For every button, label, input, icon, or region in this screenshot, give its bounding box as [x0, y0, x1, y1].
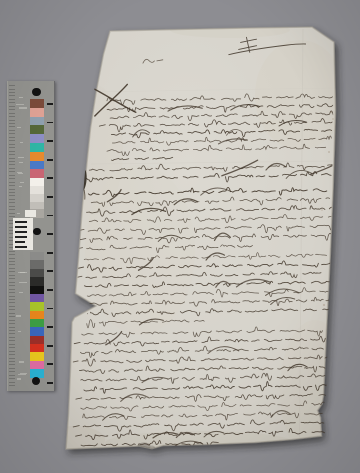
printed-label-mark [19, 292, 24, 293]
ruler-tick [9, 385, 15, 386]
printed-label-mark [19, 97, 23, 98]
archival-photograph [0, 0, 360, 473]
ruler-tick [9, 261, 15, 262]
index-dash [47, 289, 53, 291]
ruler-tick [9, 189, 15, 190]
ruler-tick [9, 282, 15, 283]
ruler-tick [9, 344, 15, 345]
ruler-tick [9, 278, 15, 279]
ruler-tick [9, 137, 15, 138]
ruler-tick [9, 320, 15, 321]
index-dash [47, 363, 53, 365]
ruler-tick [9, 133, 15, 134]
ruler-tick [9, 171, 15, 172]
registration-dot [32, 88, 41, 97]
ruler-tick [9, 178, 15, 179]
ruler-tick [9, 296, 15, 297]
ruler-tick [9, 323, 15, 324]
ruler-tick [9, 258, 15, 259]
ruler-tick [9, 361, 15, 362]
ruler-tick [9, 268, 15, 269]
index-dash [47, 308, 53, 310]
printed-label-mark [17, 378, 21, 379]
ruler-tick [9, 202, 15, 203]
ruler-tick [9, 140, 15, 141]
label-fragment [25, 210, 36, 218]
ruler-tick [9, 106, 15, 107]
printed-label-mark [19, 282, 27, 283]
printed-label-mark [17, 172, 23, 173]
ruler-tick [9, 289, 15, 290]
index-dash [47, 103, 53, 105]
ruler-tick [9, 158, 15, 159]
ruler-tick [9, 85, 15, 86]
printed-label-mark [18, 374, 26, 375]
ruler-tick [9, 130, 15, 131]
ruler-tick [9, 302, 15, 303]
ruler-tick [9, 147, 15, 148]
ruler-tick [9, 206, 15, 207]
ruler-tick [9, 264, 15, 265]
barcode-label [13, 218, 33, 250]
ruler-tick [9, 161, 15, 162]
ruler-tick [9, 251, 15, 252]
ruler-tick [9, 306, 15, 307]
ruler-tick [9, 154, 15, 155]
printed-label-mark [18, 331, 21, 332]
ruler-tick [9, 375, 15, 376]
printed-label-mark [18, 157, 24, 158]
registration-dot [33, 228, 41, 236]
ruler-tick [9, 109, 15, 110]
ruler-tick [9, 271, 15, 272]
ruler-tick [9, 123, 15, 124]
printed-label-mark [16, 315, 21, 316]
index-dash [47, 215, 53, 217]
ruler-tick [9, 144, 15, 145]
ruler-tick [9, 354, 15, 355]
ruler-tick [9, 168, 15, 169]
ruler-tick [9, 102, 15, 103]
ruler-tick [9, 327, 15, 328]
ruler-tick [9, 113, 15, 114]
ruler-tick [9, 368, 15, 369]
printed-label-mark [17, 213, 20, 214]
index-dash [47, 345, 53, 347]
ruler-tick [9, 340, 15, 341]
ruler-tick [9, 126, 15, 127]
ruler-tick [9, 299, 15, 300]
printed-label-mark [19, 361, 25, 362]
ruler-tick [9, 213, 15, 214]
ruler-tick [9, 151, 15, 152]
index-dash [47, 122, 53, 124]
index-dash [47, 196, 53, 198]
ruler-tick [9, 254, 15, 255]
printed-label-mark [20, 142, 24, 143]
ruler-tick [9, 333, 15, 334]
ruler-tick [9, 358, 15, 359]
printed-label-mark [19, 162, 23, 163]
ruler-tick [9, 192, 15, 193]
ruler-tick [9, 292, 15, 293]
printed-label-mark [20, 272, 28, 273]
index-dash [47, 177, 53, 179]
ruler-tick [9, 185, 15, 186]
ruler-tick [9, 116, 15, 117]
index-dash [47, 140, 53, 142]
ruler-tick [9, 378, 15, 379]
index-dash [47, 252, 53, 254]
ruler-tick [9, 182, 15, 183]
ruler-tick [9, 95, 15, 96]
ruler-tick [9, 175, 15, 176]
index-dash [47, 326, 53, 328]
ruler-tick [9, 120, 15, 121]
ruler-tick [9, 209, 15, 210]
ruler-tick [9, 199, 15, 200]
index-dash [47, 382, 53, 384]
printed-label-mark [16, 104, 24, 105]
ruler-tick [9, 316, 15, 317]
printed-label-mark [20, 182, 24, 183]
printed-label-mark [19, 107, 27, 108]
ruler-tick [9, 309, 15, 310]
index-dash [47, 270, 53, 272]
ruler-tick [9, 382, 15, 383]
ruler-tick [9, 330, 15, 331]
ruler-tick [9, 275, 15, 276]
ruler-tick [9, 347, 15, 348]
ruler-tick [9, 99, 15, 100]
index-dash [47, 159, 53, 161]
printed-label-mark [17, 127, 21, 128]
index-dash [47, 233, 53, 235]
ruler-tick [9, 92, 15, 93]
color-calibration-strip [7, 81, 55, 391]
ruler-tick [9, 164, 15, 165]
registration-dot [32, 377, 40, 385]
ruler-tick [9, 364, 15, 365]
printed-label-mark [19, 186, 22, 187]
ruler-tick [9, 337, 15, 338]
ruler-tick [9, 313, 15, 314]
ruler-tick [9, 371, 15, 372]
ruler-tick [9, 89, 15, 90]
ruler-tick [9, 195, 15, 196]
ruler-tick [9, 285, 15, 286]
ruler-tick [9, 351, 15, 352]
